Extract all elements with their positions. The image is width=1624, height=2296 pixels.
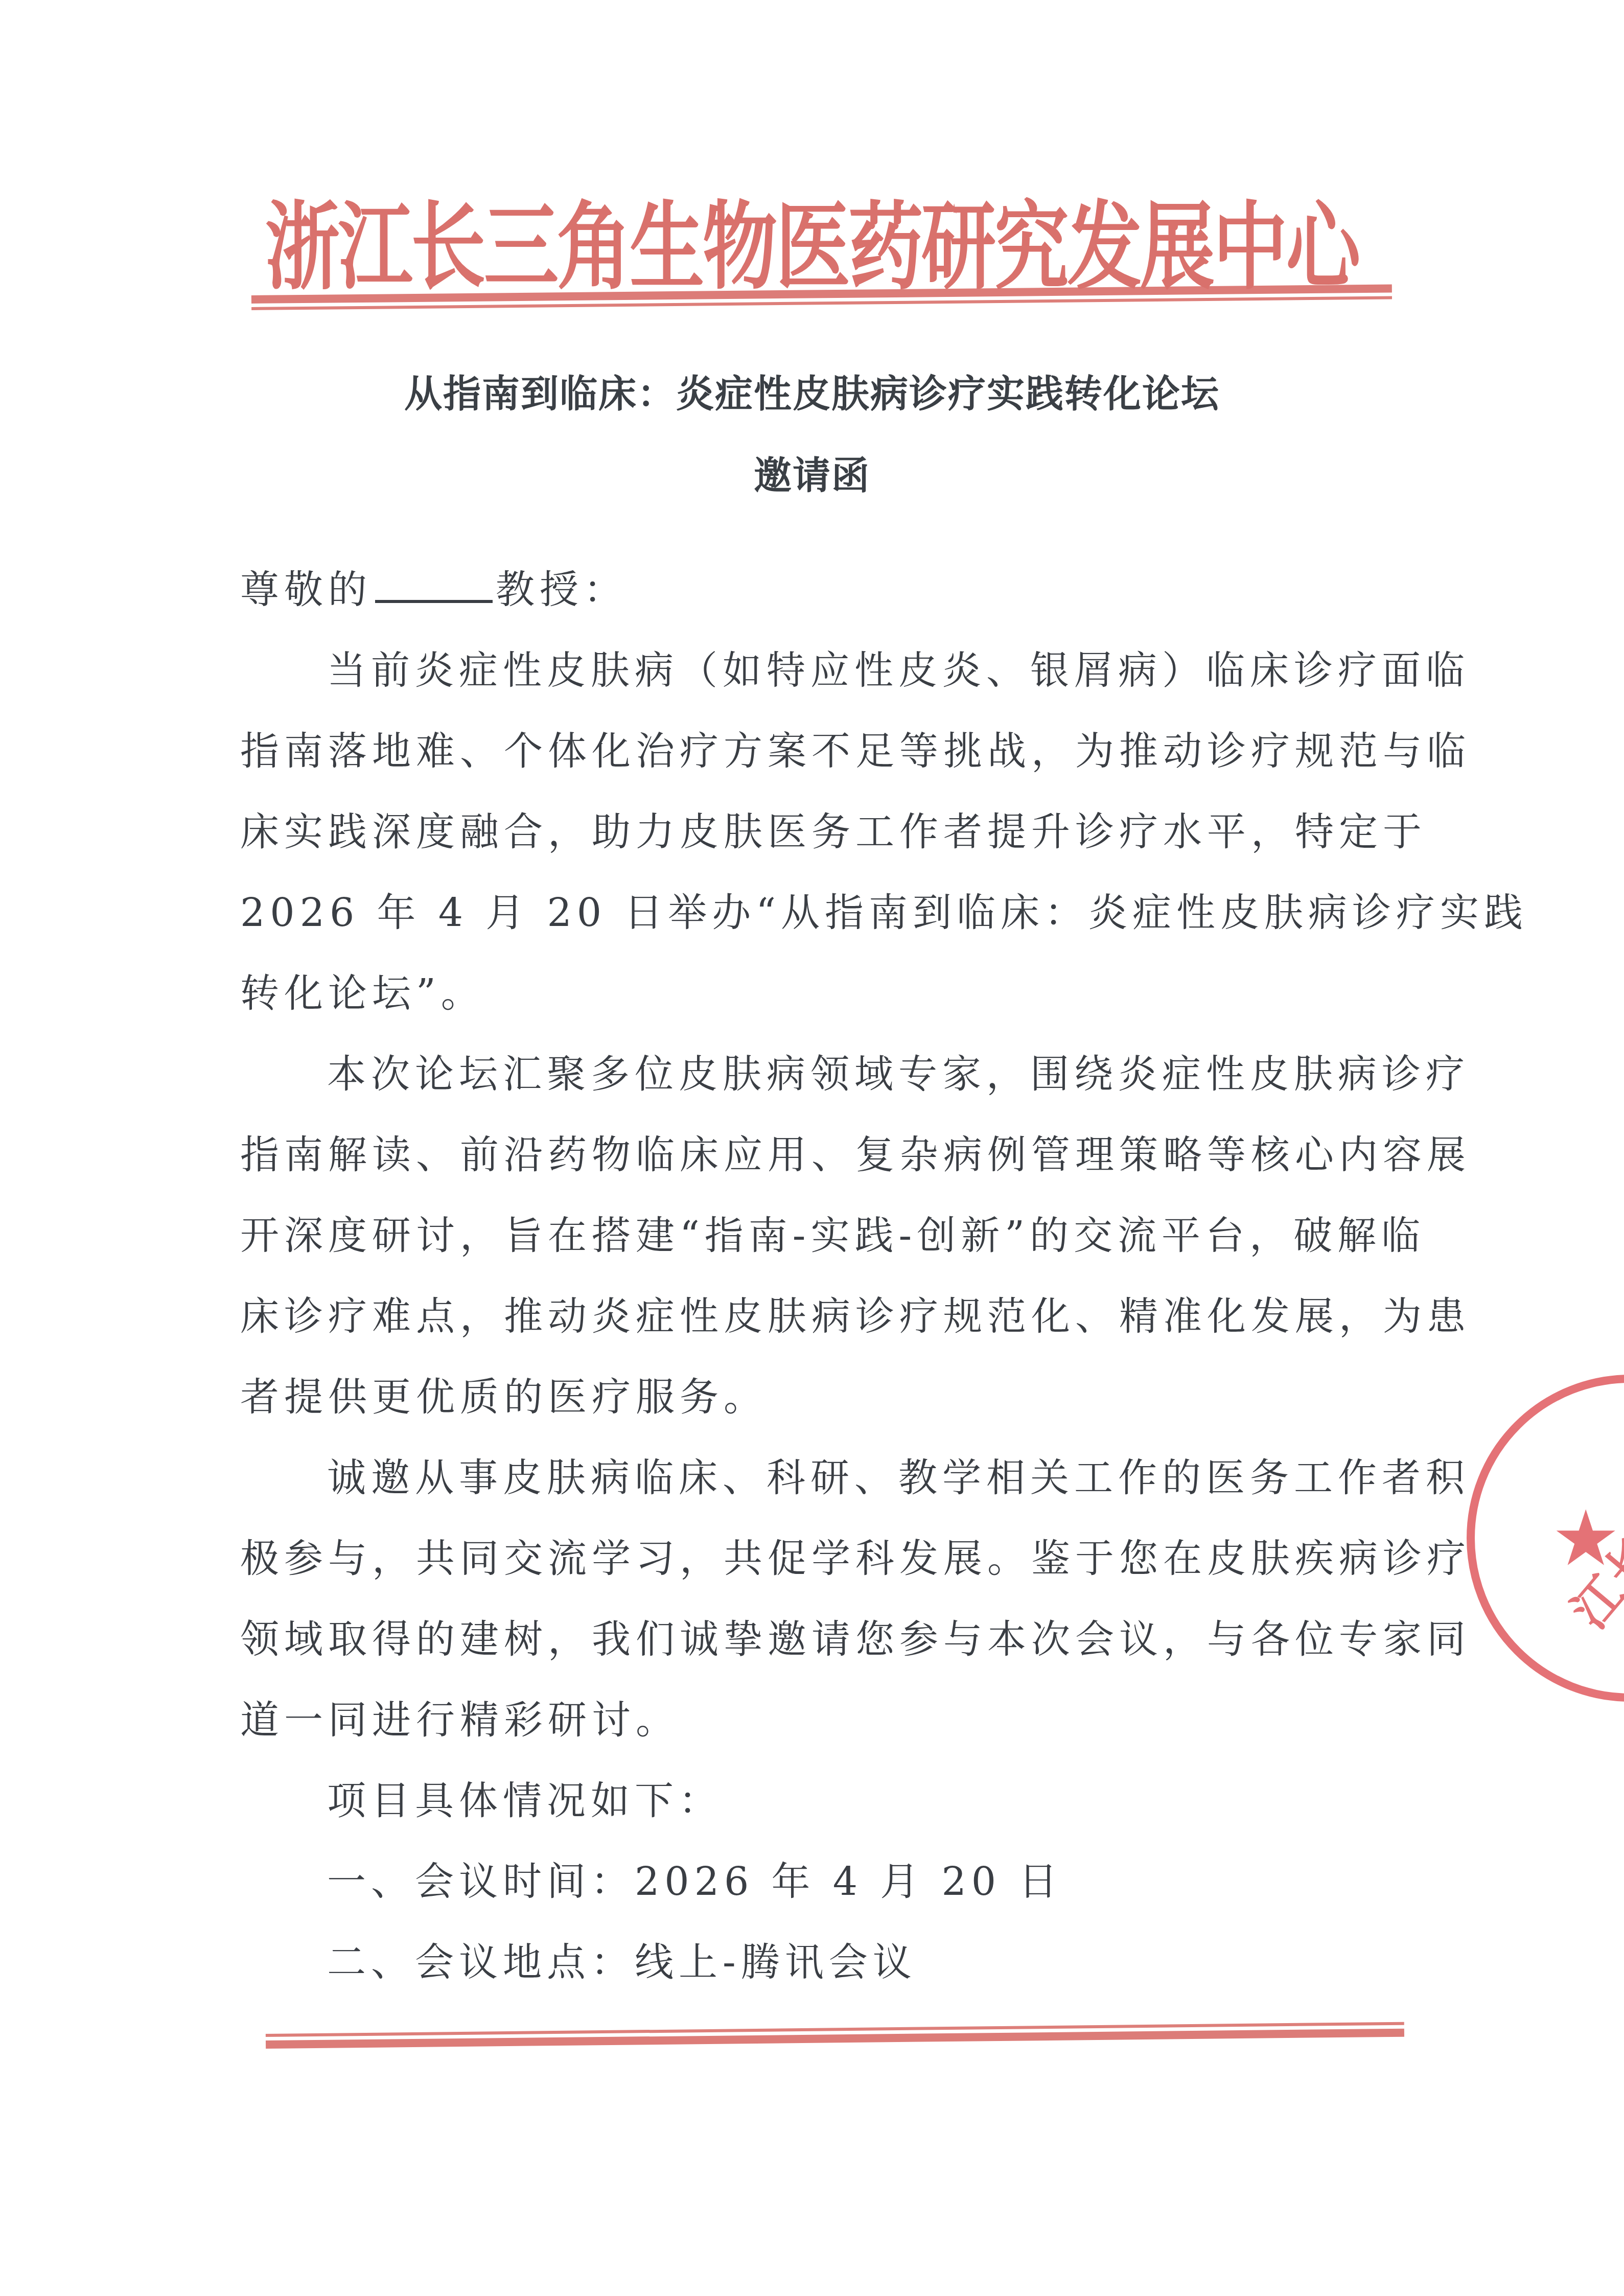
text-line: 道一同进行精彩研讨。 xyxy=(240,1680,1405,1760)
seal-text: 江长三角生物医药 xyxy=(1553,1277,1624,1641)
paragraph-1: 当前炎症性皮肤病（如特应性皮炎、银屑病）临床诊疗面临 指南落地难、个体化治疗方案… xyxy=(240,630,1405,1034)
detail-value: 2026 年 4 月 20 日 xyxy=(635,1859,1062,1904)
text-line: 转化论坛”。 xyxy=(240,953,1405,1034)
text-line: 当前炎症性皮肤病（如特应性皮炎、银屑病）临床诊疗面临 xyxy=(240,630,1405,711)
salutation: 尊敬的教授： xyxy=(240,549,1405,630)
text-line: 指南落地难、个体化治疗方案不足等挑战，为推动诊疗规范与临 xyxy=(240,711,1405,792)
text-line: 床实践深度融合，助力皮肤医务工作者提升诊疗水平，特定于 xyxy=(240,792,1405,872)
footer-divider xyxy=(266,2022,1404,2049)
salutation-prefix: 尊敬的 xyxy=(240,567,372,612)
paragraph-3: 诚邀从事皮肤病临床、科研、教学相关工作的医务工作者积 极参与，共同交流学习，共促… xyxy=(240,1437,1405,1760)
document-subtitle: 邀请函 xyxy=(0,446,1624,500)
text-line: 诚邀从事皮肤病临床、科研、教学相关工作的医务工作者积 xyxy=(240,1437,1405,1518)
detail-meeting-time: 一、会议时间：2026 年 4 月 20 日 xyxy=(240,1841,1405,1922)
salutation-suffix: 教授： xyxy=(496,567,628,612)
text-line: 开深度研讨，旨在搭建“指南-实践-创新”的交流平台，破解临 xyxy=(240,1195,1405,1276)
paragraph-2: 本次论坛汇聚多位皮肤病领域专家，围绕炎症性皮肤病诊疗 指南解读、前沿药物临床应用… xyxy=(240,1034,1405,1437)
details-intro: 项目具体情况如下： xyxy=(240,1760,1405,1841)
detail-label: 二、会议地点： xyxy=(327,1939,635,1985)
text-line: 指南解读、前沿药物临床应用、复杂病例管理策略等核心内容展 xyxy=(240,1115,1405,1195)
text-line: 领域取得的建树，我们诚挚邀请您参与本次会议，与各位专家同 xyxy=(240,1599,1405,1680)
letterhead-org-name: 浙江长三角生物医药研究发展中心 xyxy=(146,200,1478,295)
detail-label: 一、会议时间： xyxy=(327,1859,635,1904)
detail-meeting-location: 二、会议地点：线上-腾讯会议 xyxy=(240,1922,1405,2003)
recipient-name-blank xyxy=(375,568,493,603)
official-seal: ★ 江长三角生物医药 xyxy=(1467,1375,1624,1702)
letter-body: 尊敬的教授： 当前炎症性皮肤病（如特应性皮炎、银屑病）临床诊疗面临 指南落地难、… xyxy=(240,549,1405,2003)
text-line: 本次论坛汇聚多位皮肤病领域专家，围绕炎症性皮肤病诊疗 xyxy=(240,1034,1405,1115)
detail-value: 线上-腾讯会议 xyxy=(635,1939,917,1985)
text-line: 极参与，共同交流学习，共促学科发展。鉴于您在皮肤疾病诊疗 xyxy=(240,1518,1405,1599)
text-line: 2026 年 4 月 20 日举办“从指南到临床：炎症性皮肤病诊疗实践 xyxy=(240,872,1405,953)
text-line: 床诊疗难点，推动炎症性皮肤病诊疗规范化、精准化发展，为患 xyxy=(240,1276,1405,1357)
document-title: 从指南到临床：炎症性皮肤病诊疗实践转化论坛 xyxy=(0,364,1624,418)
text-line: 者提供更优质的医疗服务。 xyxy=(240,1357,1405,1437)
